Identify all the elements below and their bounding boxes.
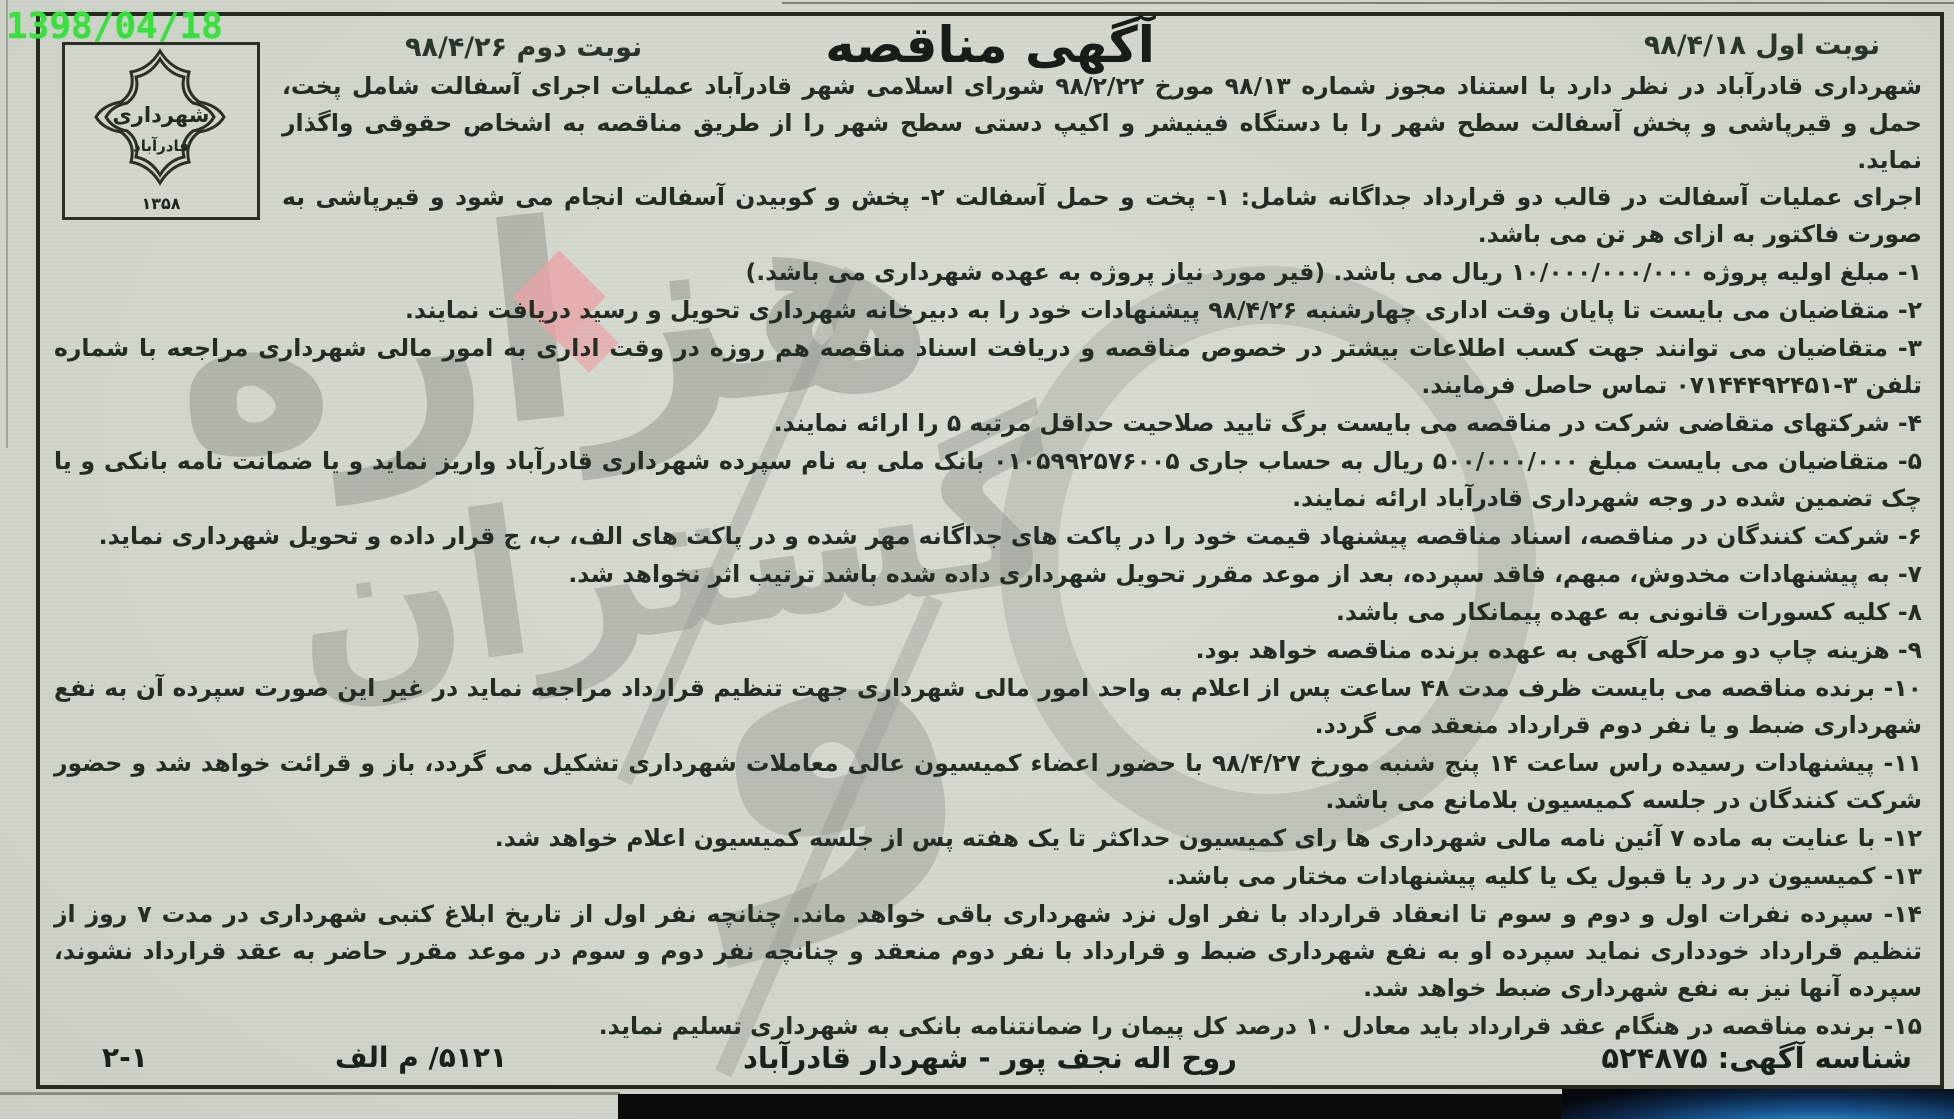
scan-edge-top [782,2,1954,4]
intro-paragraph: شهرداری قادرآباد در نظر دارد با استناد م… [54,68,1922,179]
tender-condition-14: ۱۴- سپرده نفرات اول و دوم و سوم تا انعقا… [54,896,1922,1007]
tender-conditions-list: ۱- مبلغ اولیه پروژه ۱۰/۰۰۰/۰۰۰/۰۰۰ ریال … [54,254,1922,1045]
scan-date-stamp: 1398/04/18 [6,6,223,47]
logo-text-wrap-spacer [54,68,282,244]
ad-reference: ۵۱۲۱/ م الف [335,1041,507,1074]
tender-condition-11: ۱۱- پیشنهادات رسیده راس ساعت ۱۴ پنج شنبه… [54,745,1922,819]
scan-bottom-blue-edge [1562,1089,1954,1119]
tender-condition-7: ۷- به پیشنهادات مخدوش، مبهم، فاقد سپرده،… [54,556,1922,593]
mayor-signature: روح اله نجف پور - شهردار قادرآباد [743,1041,1237,1075]
ad-footer: شناسه آگهی: ۵۲۴۸۷۵ روح اله نجف پور - شهر… [40,1037,1940,1083]
tender-body: شهرداری قادرآباد در نظر دارد با استناد م… [54,68,1922,1033]
tender-condition-8: ۸- کلیه کسورات قانونی به عهده پیمانکار م… [54,594,1922,631]
tender-condition-5: ۵- متقاضیان می بایست مبلغ ۵۰۰/۰۰۰/۰۰۰ ری… [54,443,1922,517]
tender-condition-3: ۳- متقاضیان می توانند جهت کسب اطلاعات بی… [54,330,1922,404]
scan-bottom-black-edge [618,1094,1568,1119]
ad-page-number: ۲-۱ [102,1041,148,1074]
tender-ad-content: نوبت اول ۹۸/۴/۱۸ آگهی مناقصه نوبت دوم ۹۸… [40,16,1940,1085]
tender-condition-4: ۴- شرکتهای متقاضی شرکت در مناقصه می بایس… [54,405,1922,442]
tender-condition-2: ۲- متقاضیان می بایست تا پایان وقت اداری … [54,292,1922,329]
tender-ad-frame: هزاره گستران و نوبت اول ۹۸/۴/۱۸ آگهی منا… [36,12,1944,1089]
intro-paragraph-2: اجرای عملیات آسفالت در قالب دو قرارداد ج… [54,179,1922,253]
scan-edge-left [6,0,8,448]
page-title: آگهی مناقصه [40,16,1940,74]
scan-bottom-shadow [0,1092,620,1095]
tender-condition-1: ۱- مبلغ اولیه پروژه ۱۰/۰۰۰/۰۰۰/۰۰۰ ریال … [54,254,1922,291]
second-round-date: نوبت دوم ۹۸/۴/۲۶ [405,32,642,63]
tender-condition-10: ۱۰- برنده مناقصه می بایست ظرف مدت ۴۸ ساع… [54,670,1922,744]
tender-condition-13: ۱۳- کمیسیون در رد یا قبول یک یا کلیه پیش… [54,858,1922,895]
tender-condition-6: ۶- شرکت کنندگان در مناقصه، اسناد مناقصه … [54,518,1922,555]
ad-id: شناسه آگهی: ۵۲۴۸۷۵ [1601,1041,1912,1075]
tender-condition-12: ۱۲- با عنایت به ماده ۷ آئین نامه مالی شه… [54,820,1922,857]
tender-condition-9: ۹- هزینه چاپ دو مرحله آگهی به عهده برنده… [54,632,1922,669]
